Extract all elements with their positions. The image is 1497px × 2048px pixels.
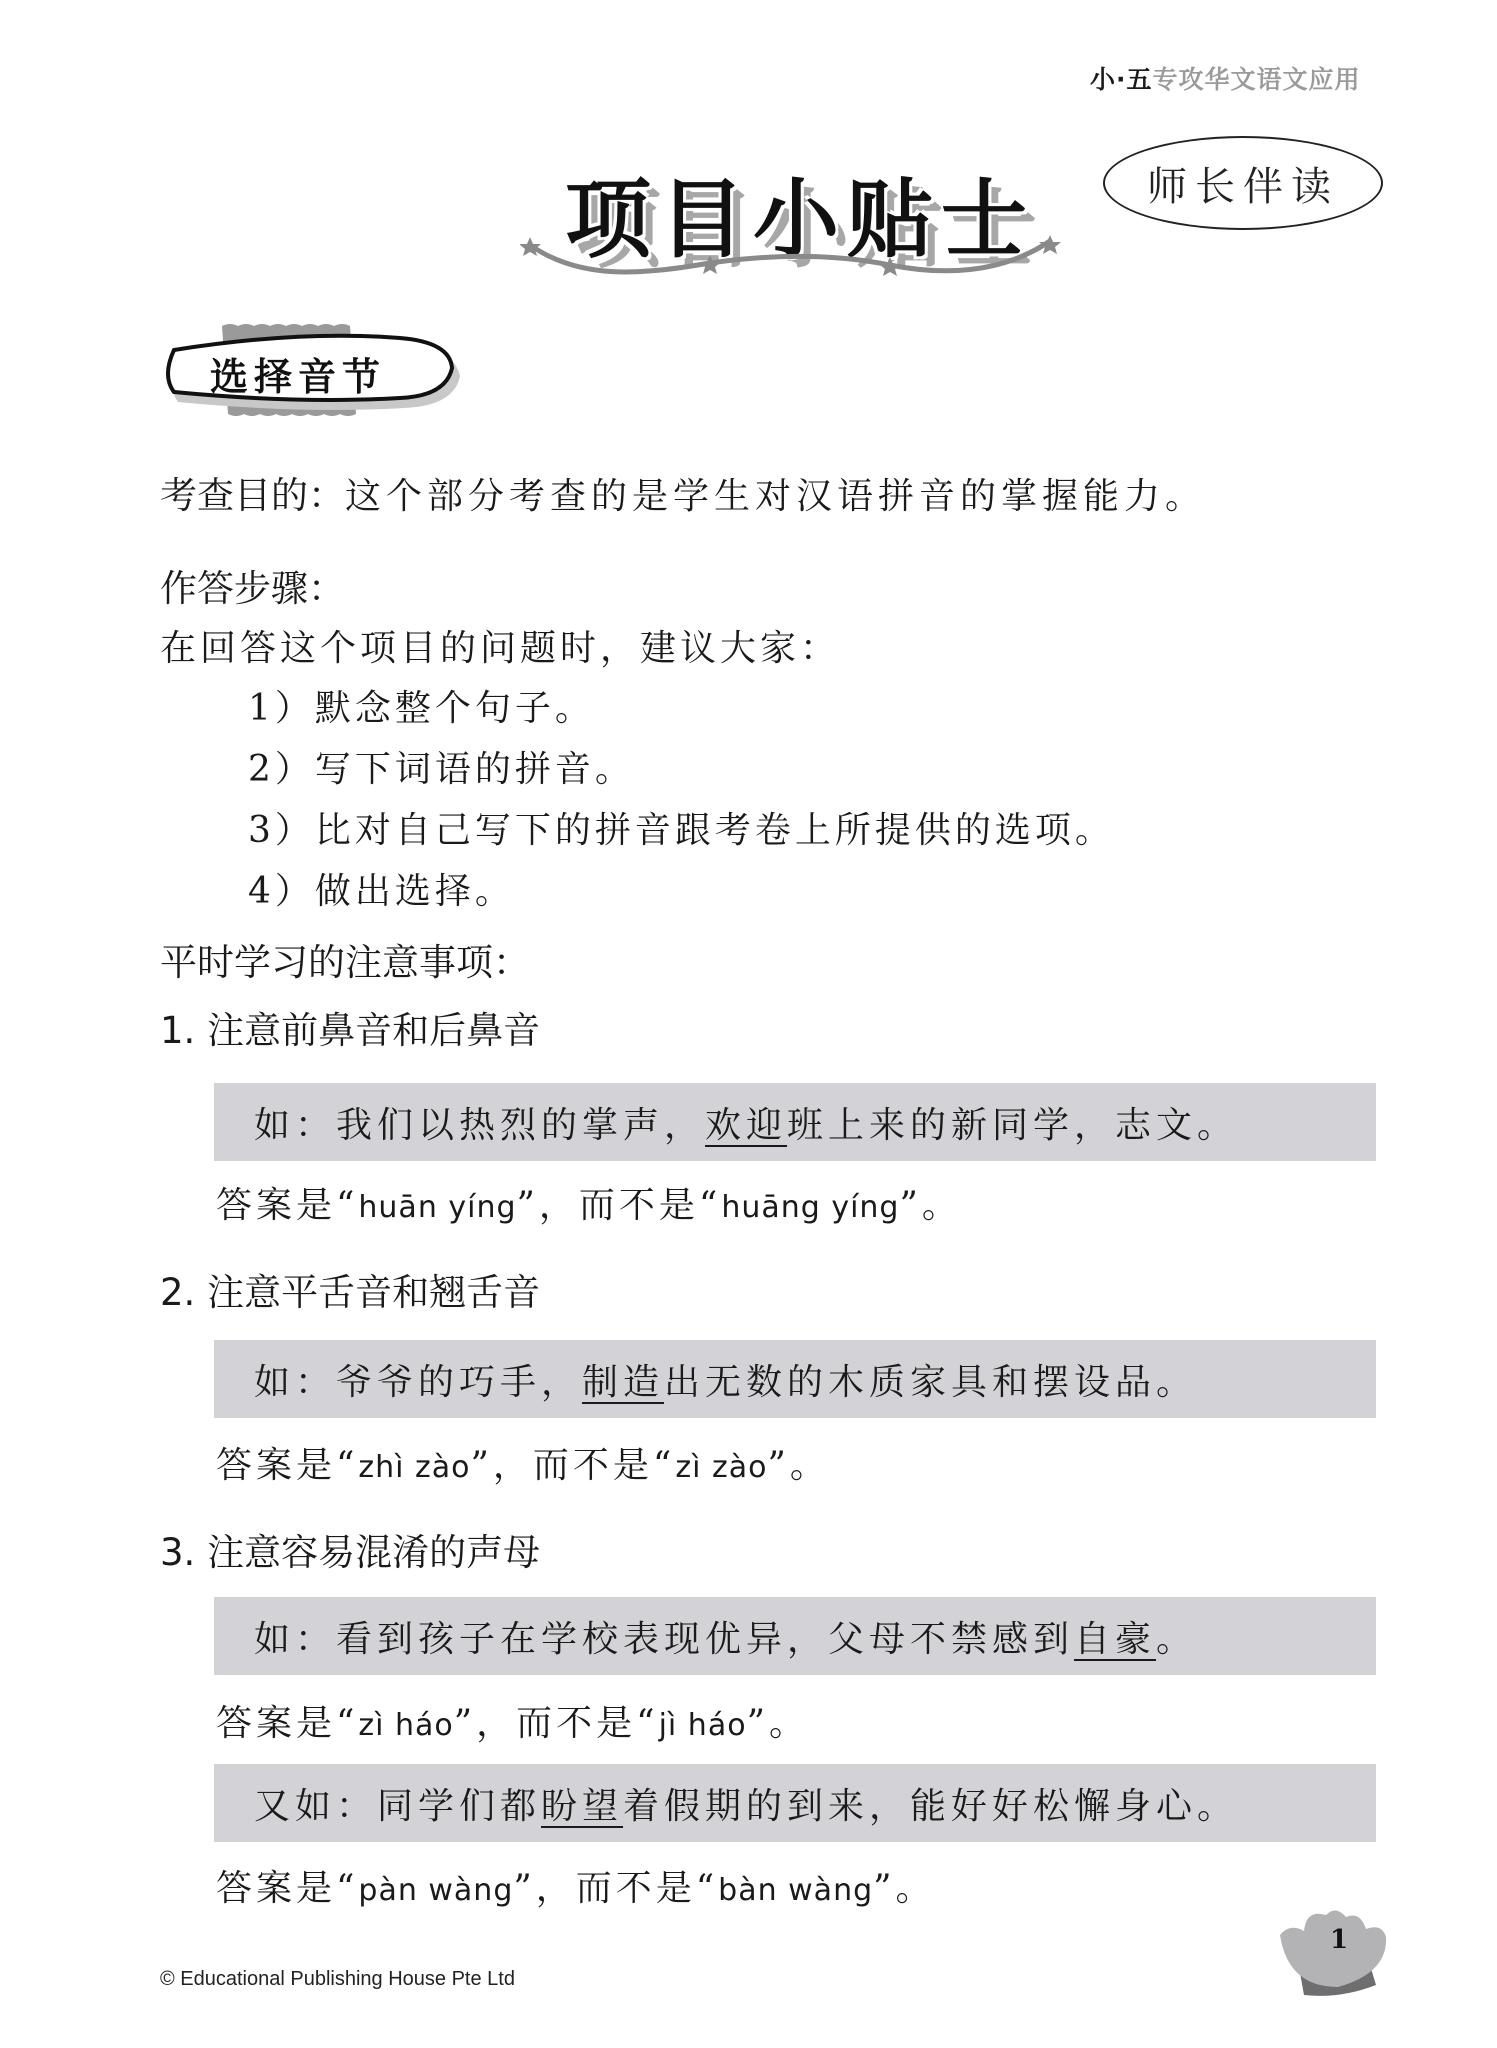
series-label: 专攻华文语文应用 <box>1153 65 1361 94</box>
answer-line: 答案是“zì háo”，而不是“jì háo”。 <box>216 1695 809 1746</box>
wrong-pinyin: jì háo <box>659 1708 747 1743</box>
teacher-reading-badge: 师长伴读 <box>1103 136 1383 230</box>
step-item: 1）默念整个句子。 <box>248 680 595 731</box>
point-heading: 1. 注意前鼻音和后鼻音 <box>160 1000 540 1054</box>
correct-pinyin: zì háo <box>358 1708 453 1743</box>
correct-pinyin: zhì zào <box>358 1450 470 1485</box>
correct-pinyin: pàn wàng <box>358 1873 513 1908</box>
example-box: 又如：同学们都盼望着假期的到来，能好好松懈身心。 <box>214 1764 1376 1842</box>
example-box: 如：看到孩子在学校表现优异，父母不禁感到自豪。 <box>214 1597 1376 1675</box>
example-sentence: 如：看到孩子在学校表现优异，父母不禁感到自豪。 <box>254 1611 1197 1662</box>
example-sentence: 如：爷爷的巧手，制造出无数的木质家具和摆设品。 <box>254 1354 1197 1405</box>
title-block: 项目小贴士 <box>520 140 1080 290</box>
underlined-word: 制造 <box>582 1362 664 1403</box>
correct-pinyin: huān yíng <box>358 1190 516 1225</box>
wrong-pinyin: zì zào <box>675 1450 767 1485</box>
page-number: 1 <box>1330 1925 1348 1955</box>
step-item: 3）比对自己写下的拼音跟考卷上所提供的选项。 <box>248 802 1115 853</box>
steps-heading: 作答步骤： <box>160 558 345 612</box>
purpose-text: 这个部分考查的是学生对汉语拼音的掌握能力。 <box>345 476 1206 517</box>
grade-label: 小·五 <box>1090 65 1153 94</box>
point-heading: 2. 注意平舌音和翘舌音 <box>160 1262 540 1316</box>
step-item: 4）做出选择。 <box>248 863 515 914</box>
underlined-word: 欢迎 <box>705 1105 787 1146</box>
copyright-footer: © Educational Publishing House Pte Ltd <box>160 1968 515 1991</box>
wrong-pinyin: huāng yíng <box>721 1190 899 1225</box>
answer-line: 答案是“pàn wàng”，而不是“bàn wàng”。 <box>216 1860 936 1911</box>
example-sentence: 如：我们以热烈的掌声，欢迎班上来的新同学，志文。 <box>254 1097 1238 1148</box>
underlined-word: 自豪 <box>1074 1619 1156 1660</box>
underlined-word: 盼望 <box>541 1786 623 1827</box>
purpose-line: 考查目的：这个部分考查的是学生对汉语拼音的掌握能力。 <box>160 465 1206 519</box>
section-tag: 选择音节 <box>160 320 460 420</box>
steps-intro: 在回答这个项目的问题时，建议大家： <box>160 620 840 671</box>
running-header: 小·五专攻华文语文应用 <box>1090 60 1361 96</box>
example-sentence: 又如：同学们都盼望着假期的到来，能好好松懈身心。 <box>254 1778 1238 1829</box>
purpose-label: 考查目的： <box>160 474 345 517</box>
point-heading: 3. 注意容易混淆的声母 <box>160 1522 540 1576</box>
page-number-badge: 1 <box>1270 1895 1410 2005</box>
notes-heading: 平时学习的注意事项： <box>160 932 530 986</box>
star-swirl-decoration <box>520 235 1080 295</box>
answer-line: 答案是“zhì zào”，而不是“zì zào”。 <box>216 1437 830 1488</box>
badge-label: 师长伴读 <box>1147 155 1339 212</box>
section-tag-label: 选择音节 <box>210 346 386 401</box>
example-box: 如：爷爷的巧手，制造出无数的木质家具和摆设品。 <box>214 1340 1376 1418</box>
example-box: 如：我们以热烈的掌声，欢迎班上来的新同学，志文。 <box>214 1083 1376 1161</box>
answer-line: 答案是“huān yíng”，而不是“huāng yíng”。 <box>216 1177 962 1228</box>
wrong-pinyin: bàn wàng <box>718 1873 873 1908</box>
step-item: 2）写下词语的拼音。 <box>248 741 635 792</box>
